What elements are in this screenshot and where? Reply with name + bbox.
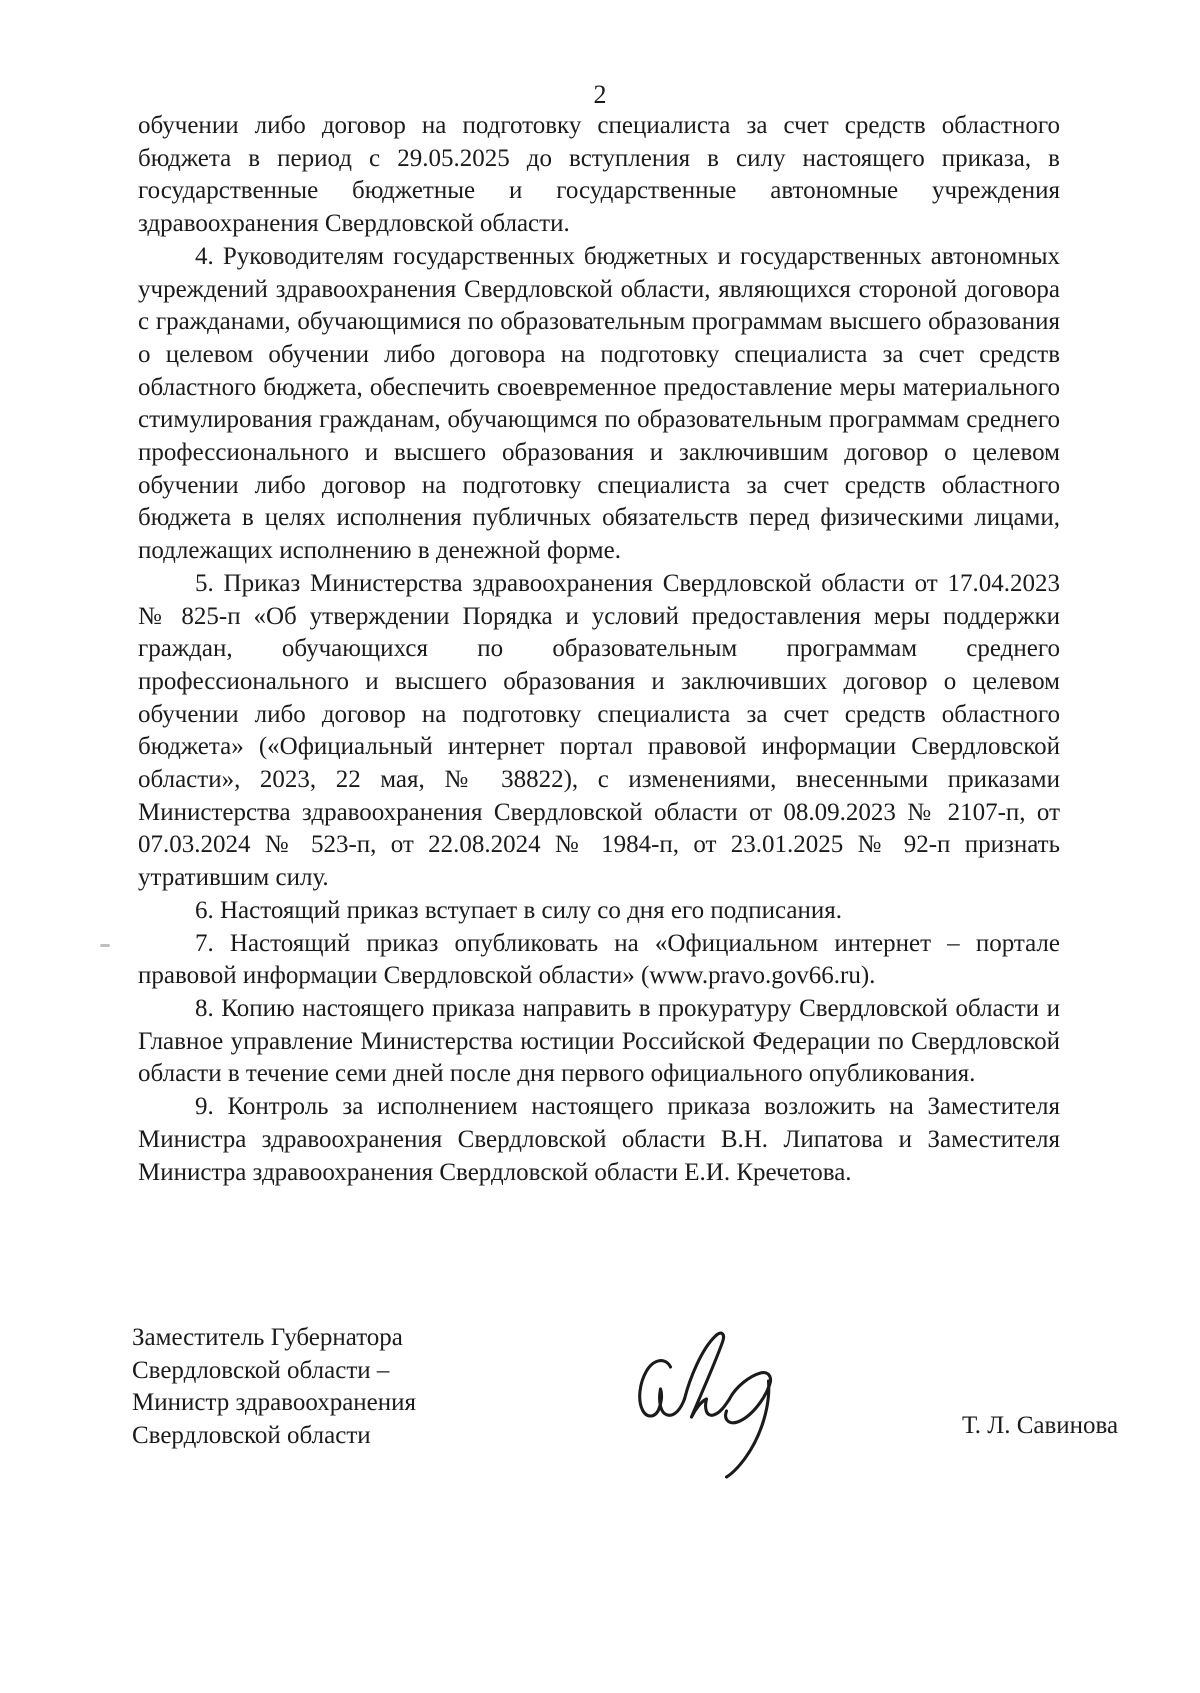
signatory-title-line: Свердловской области – <box>132 1355 492 1388</box>
paragraph-item-4: 4. Руководителям государственных бюджетн… <box>138 241 1060 568</box>
document-page: 2 обучении либо договор на подготовку сп… <box>0 0 1200 1693</box>
signatory-name: Т. Л. Савинова <box>962 1410 1118 1442</box>
scan-artifact <box>1032 421 1036 425</box>
paragraph-item-6: 6. Настоящий приказ вступает в силу со д… <box>138 895 1060 928</box>
document-body: обучении либо договор на подготовку спец… <box>138 110 1060 1189</box>
signatory-title-line: Заместитель Губернатора <box>132 1322 492 1355</box>
page-number: 2 <box>0 80 1200 110</box>
signatory-title-line: Свердловской области <box>132 1420 492 1453</box>
paragraph-item-7: 7. Настоящий приказ опубликовать на «Офи… <box>138 928 1060 993</box>
paragraph-item-5: 5. Приказ Министерства здравоохранения С… <box>138 568 1060 895</box>
handwritten-signature <box>622 1326 780 1484</box>
paragraph-item-9: 9. Контроль за исполнением настоящего пр… <box>138 1091 1060 1189</box>
paragraph-continuation: обучении либо договор на подготовку спец… <box>138 110 1060 241</box>
signatory-title-block: Заместитель Губернатора Свердловской обл… <box>132 1322 492 1452</box>
scan-artifact <box>886 1014 890 1017</box>
scan-artifact <box>100 944 110 947</box>
signatory-title-line: Министр здравоохранения <box>132 1387 492 1420</box>
paragraph-item-8: 8. Копию настоящего приказа направить в … <box>138 993 1060 1091</box>
